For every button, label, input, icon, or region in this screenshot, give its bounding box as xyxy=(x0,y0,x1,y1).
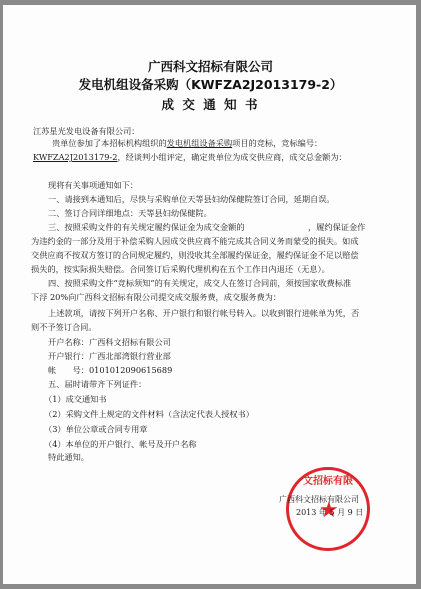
item-3-line-3: 交供应商不按双方签订的合同规定履约，则没收其全部履约保证金，履约保证金不足以赔偿 xyxy=(31,250,359,261)
docs-item-4: （4）本单位的开户银行、帐号及开户名称 xyxy=(44,439,197,450)
item-3-line-4: 损失的，按实际损失赔偿。合同签订后采购代理机构在五个工作日内退还（无息）。 xyxy=(31,264,330,275)
seal-text: 文招标有限 xyxy=(293,472,363,487)
bank-account-row: 帐 号：0101012090615689 xyxy=(48,365,172,376)
payment-line-1: 上述款项，请按下列开户名称、开户银行和银行帐号转入。以收到银行进帐单为凭，否 xyxy=(48,308,359,319)
item-3-line-1: 三、按照采购文件的有关规定履约保证金为成交金额的 xyxy=(48,222,245,233)
bank-branch-row: 开户银行：广西北部湾银行营业部 xyxy=(48,351,171,362)
item-3-line-1b: ，履约保证金作 xyxy=(308,222,365,233)
docs-item-1: （1）成交通知书 xyxy=(44,394,107,405)
signature-date: 2013 年 5 月 9 日 xyxy=(296,507,363,518)
header-company: 广西科文招标有限公司 xyxy=(0,57,421,75)
payment-line-2: 则不予签订合同。 xyxy=(31,322,97,333)
docs-heading: 五、届时请带齐下列证件： xyxy=(48,379,146,390)
signature-org: 广西科文招标有限公司 xyxy=(279,494,359,505)
project-name: 发电机组设备采购 xyxy=(167,138,233,148)
notice-intro: 现将有关事项通知如下： xyxy=(48,180,138,191)
item-4-line-2: 下浮 20%向广西科文招标有限公司提交成交服务费，成交服务费为： xyxy=(31,292,281,303)
intro-line-1: 贵单位参加了本招标机构组织的发电机组设备采购项目的竞标，竞标编号： xyxy=(52,138,322,149)
item-1: 一、请接到本通知后，尽快与采购单位天等县妇幼保健院签订合同，延期自误。 xyxy=(48,194,335,205)
docs-item-2: （2）采购文件上规定的文件材料（含法定代表人授权书） xyxy=(44,409,254,420)
item-3-line-2: 为违约金的一部分及用于补偿采购人因成交供应商不能完成其合同义务而蒙受的损失。如成 xyxy=(31,236,359,247)
header-doc-title: 成 交 通 知 书 xyxy=(0,95,421,113)
docs-item-3: （3）单位公章或合同专用章 xyxy=(44,424,147,435)
item-4-line-1: 四、按照采购文件“竞标须知”的有关规定，成交人在签订合同前，须按国家收费标准 xyxy=(48,278,351,289)
bank-name-row: 开户名称：广西科文招标有限公司 xyxy=(48,337,171,348)
header-project: 发电机组设备采购（KWFZA2J2013179-2） xyxy=(0,75,421,93)
addressee: 江苏星光发电设备有限公司： xyxy=(33,126,139,137)
bid-code: KWFZA2J2013179-2 xyxy=(33,152,117,162)
intro-line-2: KWFZA2J2013179-2，经谈判小组评定，确定贵单位为成交供应商，成交总… xyxy=(33,152,347,163)
closing: 特此通知。 xyxy=(48,452,89,463)
item-2: 二、签订合同详细地点：天等县妇幼保健院。 xyxy=(48,208,212,219)
